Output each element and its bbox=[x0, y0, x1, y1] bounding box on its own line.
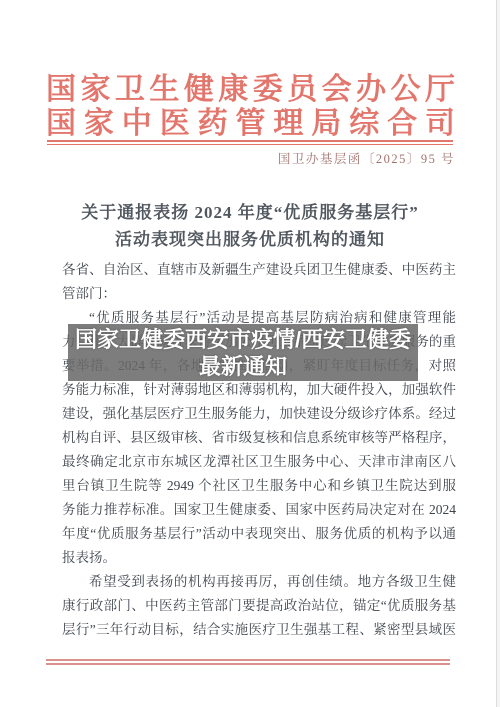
scanned-document-page: 国家卫生健康委员会办公厅 国家中医药管理局综合司 国卫办基层函〔2025〕95 … bbox=[0, 0, 500, 707]
body-line: 各省、自治区、直辖市及新疆生产建设兵团卫生健康委、中医药主 bbox=[62, 258, 456, 282]
letterhead-agency-line2: 国家中医药管理局综合司 bbox=[46, 107, 455, 141]
page-edge-line bbox=[496, 0, 497, 707]
letterhead: 国家卫生健康委员会办公厅 国家中医药管理局综合司 bbox=[46, 73, 455, 141]
caption-overlay-banner: 国家卫健委西安市疫情/西安卫健委 最新通知 bbox=[68, 324, 418, 381]
body-line: 管部门： bbox=[62, 282, 456, 306]
body-line: 层行”三年行动目标，结合实施医疗卫生强基工程、紧密型县域医 bbox=[62, 618, 456, 642]
body-line: 务能力标准，针对薄弱地区和薄弱机构，加大硬件投入，加强软件 bbox=[62, 378, 456, 402]
body-line: 建设，强化基层医疗卫生服务能力，加快建设分级诊疗体系。经过 bbox=[62, 402, 456, 426]
body-line: 康行政部门、中医药主管部门要提高政治站位，锚定“优质服务基 bbox=[62, 594, 456, 618]
body-line: 最终确定北京市东城区龙潭社区卫生服务中心、天津市津南区八 bbox=[62, 450, 456, 474]
caption-line2: 最新通知 bbox=[68, 353, 418, 380]
letterhead-agency-line1: 国家卫生健康委员会办公厅 bbox=[46, 73, 455, 107]
document-title-line2: 活动表现突出服务优质机构的通知 bbox=[0, 226, 500, 253]
body-line: 里台镇卫生院等 2949 个社区卫生服务中心和乡镇卫生院达到服 bbox=[62, 474, 456, 498]
document-number: 国卫办基层函〔2025〕95 号 bbox=[278, 149, 455, 167]
letterhead-divider-rule bbox=[47, 140, 453, 145]
body-line: 希望受到表扬的机构再接再厉，再创佳绩。地方各级卫生健 bbox=[62, 570, 456, 594]
document-body: 各省、自治区、直辖市及新疆生产建设兵团卫生健康委、中医药主管部门：“优质服务基层… bbox=[62, 258, 456, 642]
caption-line1: 国家卫健委西安市疫情/西安卫健委 bbox=[68, 326, 418, 353]
footer-divider-rule bbox=[46, 659, 450, 665]
document-title-line1: 关于通报表扬 2024 年度“优质服务基层行” bbox=[0, 199, 500, 226]
body-line: 报表扬。 bbox=[62, 546, 456, 570]
document-title: 关于通报表扬 2024 年度“优质服务基层行” 活动表现突出服务优质机构的通知 bbox=[0, 199, 500, 253]
body-line: 年度“优质服务基层行”活动中表现突出、服务优质的机构予以通 bbox=[62, 522, 456, 546]
body-line: 机构自评、县区级审核、省市级复核和信息系统审核等严格程序， bbox=[62, 426, 456, 450]
body-line: 务能力推荐标准。国家卫生健康委、国家中医药局决定对在 2024 bbox=[62, 498, 456, 522]
